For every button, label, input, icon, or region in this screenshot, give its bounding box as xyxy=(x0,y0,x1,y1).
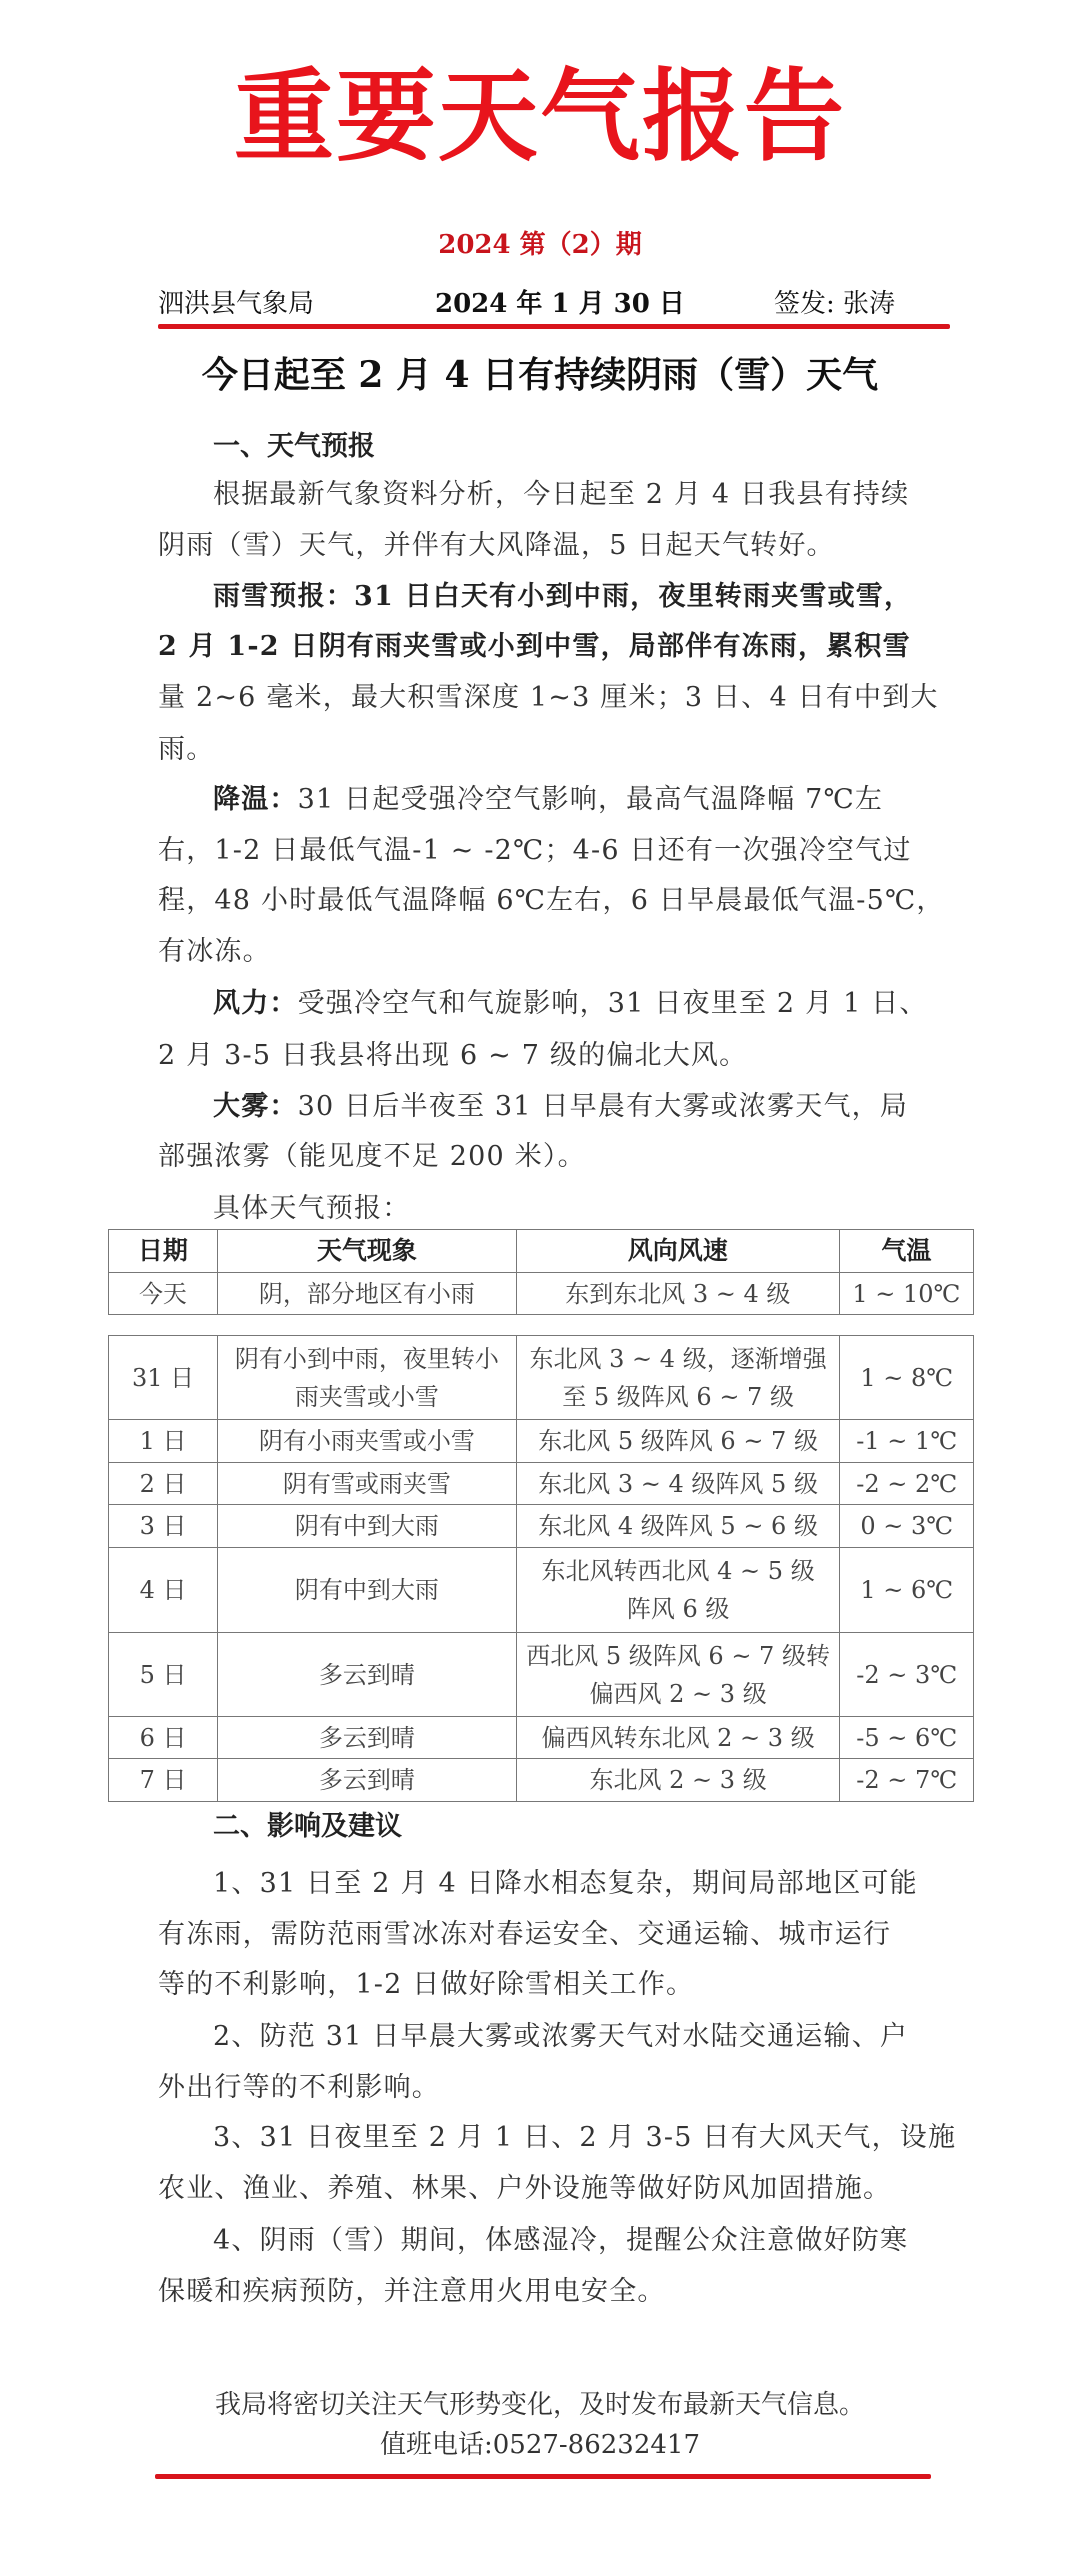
paragraph-wind: 风力：受强冷空气和气旋影响，31 日夜里至 2 月 1 日、 xyxy=(213,986,1003,1022)
paragraph-line: 有冻雨，需防范雨雪冰冻对春运安全、交通运输、城市运行 xyxy=(158,1917,948,1953)
paragraph-line: 根据最新气象资料分析，今日起至 2 月 4 日我县有持续 xyxy=(213,477,1003,513)
table-header-row: 日期 天气现象 风向风速 气温 xyxy=(109,1230,974,1273)
paragraph-line: 程，48 小时最低气温降幅 6℃左右，6 日早晨最低气温-5℃， xyxy=(158,883,948,919)
table-row: 4 日 阴有中到大雨 东北风转西北风 4 ~ 5 级阵风 6 级 1 ~ 6℃ xyxy=(109,1548,974,1633)
table-row: 5 日 多云到晴 西北风 5 级阵风 6 ~ 7 级转偏西风 2 ~ 3 级 -… xyxy=(109,1633,974,1717)
paragraph-snow: 雨雪预报：31 日白天有小到中雨，夜里转雨夹雪或雪， xyxy=(213,579,1003,615)
paragraph-line: 保暖和疾病预防，并注意用火用电安全。 xyxy=(158,2274,948,2310)
table-row: 7 日 多云到晴 东北风 2 ~ 3 级 -2 ~ 7℃ xyxy=(109,1759,974,1802)
paragraph-line: 等的不利影响，1-2 日做好除雪相关工作。 xyxy=(158,1967,948,2003)
paragraph-line: 2 月 1-2 日阴有雨夹雪或小到中雪，局部伴有冻雨，累积雪 xyxy=(158,629,948,665)
col-header-temp: 气温 xyxy=(839,1230,973,1273)
label-snow: 雨雪预报： xyxy=(213,581,354,612)
report-banner-title: 重要天气报告 xyxy=(0,52,1080,182)
advice-item-4: 4、阴雨（雪）期间，体感湿冷，提醒公众注意做好防寒 xyxy=(213,2223,1003,2259)
table-row: 31 日 阴有小到中雨，夜里转小雨夹雪或小雪 东北风 3 ~ 4 级，逐渐增强至… xyxy=(109,1336,974,1420)
table-row: 2 日 阴有雪或雨夹雪 东北风 3 ~ 4 级阵风 5 级 -2 ~ 2℃ xyxy=(109,1463,974,1505)
paragraph-line: 雨。 xyxy=(158,732,948,768)
paragraph-line: 部强浓雾（能见度不足 200 米）。 xyxy=(158,1139,948,1175)
document-title: 今日起至 2 月 4 日有持续阴雨（雪）天气 xyxy=(0,352,1080,398)
footer-divider xyxy=(155,2474,931,2479)
footer-notice: 我局将密切关注天气形势变化，及时发布最新天气信息。 xyxy=(0,2387,1080,2423)
label-wind: 风力： xyxy=(213,988,298,1019)
advice-item-1: 1、31 日至 2 月 4 日降水相态复杂，期间局部地区可能 xyxy=(213,1866,1003,1902)
paragraph-line: 有冰冻。 xyxy=(158,934,948,970)
section-heading-advice: 二、影响及建议 xyxy=(213,1809,402,1845)
table-row: 1 日 阴有小雨夹雪或小雪 东北风 5 级阵风 6 ~ 7 级 -1 ~ 1℃ xyxy=(109,1420,974,1463)
advice-item-3: 3、31 日夜里至 2 月 1 日、2 月 3-5 日有大风天气，设施 xyxy=(213,2120,1003,2156)
paragraph-line: 阴雨（雪）天气，并伴有大风降温，5 日起天气转好。 xyxy=(158,528,948,564)
issue-date: 2024 年 1 月 30 日 xyxy=(435,287,685,321)
col-header-wind: 风向风速 xyxy=(516,1230,839,1273)
issuing-agency: 泗洪县气象局 xyxy=(158,287,314,321)
table-intro: 具体天气预报： xyxy=(213,1191,1003,1227)
label-fog: 大雾： xyxy=(213,1091,298,1122)
col-header-date: 日期 xyxy=(109,1230,218,1273)
paragraph-line: 右，1-2 日最低气温-1 ~ -2℃；4-6 日还有一次强冷空气过 xyxy=(158,833,948,869)
table-row: 3 日 阴有中到大雨 东北风 4 级阵风 5 ~ 6 级 0 ~ 3℃ xyxy=(109,1505,974,1548)
advice-item-2: 2、防范 31 日早晨大雾或浓雾天气对水陆交通运输、户 xyxy=(213,2019,1003,2055)
paragraph-temp: 降温：31 日起受强冷空气影响，最高气温降幅 7℃左 xyxy=(213,782,1003,818)
table-row: 6 日 多云到晴 偏西风转东北风 2 ~ 3 级 -5 ~ 6℃ xyxy=(109,1717,974,1759)
issue-number: 2024 第（2）期 xyxy=(0,228,1080,262)
signer: 签发: 张涛 xyxy=(774,287,895,321)
paragraph-line: 量 2~6 毫米，最大积雪深度 1~3 厘米；3 日、4 日有中到大 xyxy=(158,680,948,716)
paragraph-line: 农业、渔业、养殖、林果、户外设施等做好防风加固措施。 xyxy=(158,2171,948,2207)
paragraph-line: 2 月 3-5 日我县将出现 6 ~ 7 级的偏北大风。 xyxy=(158,1038,948,1074)
section-heading-forecast: 一、天气预报 xyxy=(213,429,375,465)
paragraph-line: 外出行等的不利影响。 xyxy=(158,2070,948,2106)
label-temp: 降温： xyxy=(213,784,298,815)
forecast-table-daily: 31 日 阴有小到中雨，夜里转小雨夹雪或小雪 东北风 3 ~ 4 级，逐渐增强至… xyxy=(108,1335,974,1802)
paragraph-fog: 大雾：30 日后半夜至 31 日早晨有大雾或浓雾天气，局 xyxy=(213,1089,1003,1125)
duty-phone: 值班电话:0527-86232417 xyxy=(0,2427,1080,2463)
header-divider xyxy=(158,324,950,329)
col-header-weather: 天气现象 xyxy=(217,1230,516,1273)
table-row: 今天 阴，部分地区有小雨 东到东北风 3 ~ 4 级 1 ~ 10℃ xyxy=(109,1273,974,1315)
forecast-table-today: 日期 天气现象 风向风速 气温 今天 阴，部分地区有小雨 东到东北风 3 ~ 4… xyxy=(108,1229,974,1315)
